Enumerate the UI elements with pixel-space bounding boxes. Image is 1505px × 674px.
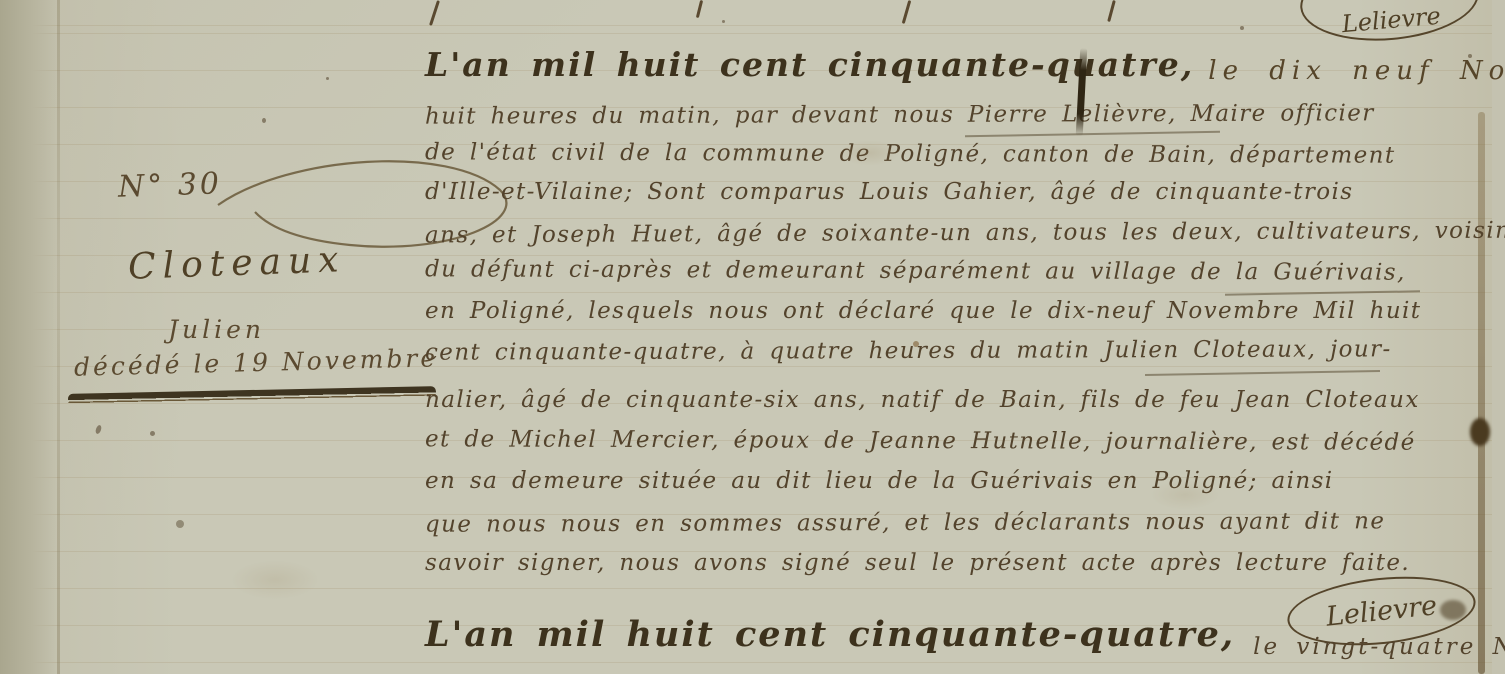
- ink-blotch: [1470, 418, 1490, 446]
- act-line: en Poligné, lesquels nous ont déclaré qu…: [425, 296, 1421, 326]
- paper-speck: [722, 20, 725, 23]
- act-line: d'Ille-et-Vilaine; Sont comparus Louis G…: [425, 177, 1353, 207]
- next-act-opening-phrase: L'an mil huit cent cinquante-quatre,: [425, 614, 1235, 655]
- paper-speck: [563, 640, 566, 643]
- act-line: cent cinquante-quatre, à quatre heures d…: [425, 334, 1392, 367]
- act-line: nalier, âgé de cinquante-six ans, natif …: [425, 385, 1420, 415]
- paper-speck: [1468, 54, 1472, 58]
- right-edge-tear-line: [1478, 112, 1485, 674]
- signature-text: Lelievre: [1341, 2, 1442, 39]
- act-line: ans, et Joseph Huet, âgé de soixante-un …: [425, 216, 1505, 251]
- act-line: et de Michel Mercier, époux de Jeanne Hu…: [425, 424, 1416, 457]
- act-line: du défunt ci-après et demeurant séparéme…: [425, 254, 1406, 287]
- name-underline-flourish: [1145, 370, 1380, 376]
- descender-stroke-fragment: [902, 0, 911, 24]
- margin-death-note: décédé le 19 Novembre: [74, 343, 439, 382]
- paper-speck: [95, 424, 103, 434]
- paper-stain: [1150, 480, 1220, 510]
- deceased-surname: Cloteaux: [127, 239, 346, 288]
- act-opening-date: le dix neuf Novembre à: [1208, 56, 1505, 86]
- act-line: savoir signer, nous avons signé seul le …: [425, 548, 1410, 578]
- place-underline-flourish: [1225, 290, 1420, 295]
- descender-stroke-fragment: [1107, 0, 1116, 22]
- paper-stain: [840, 140, 900, 166]
- paper-speck: [1240, 26, 1244, 30]
- act-line: de l'état civil de la commune de Poligné…: [425, 137, 1396, 170]
- register-page-scan: Lelievre N° 30 Cloteaux Julien décédé le…: [0, 0, 1505, 674]
- margin-closing-rule: [68, 386, 436, 406]
- descender-stroke-fragment: [429, 0, 440, 26]
- descender-stroke-fragment: [696, 0, 703, 18]
- act-line: que nous nous en sommes assuré, et les d…: [425, 506, 1385, 539]
- right-page-edge: [1492, 0, 1505, 674]
- act-line: huit heures du matin, par devant nous Pi…: [425, 98, 1375, 131]
- deceased-given-name: Julien: [168, 315, 265, 344]
- paper-speck: [150, 431, 155, 436]
- paper-stain: [230, 560, 320, 600]
- next-act-opening-line: L'an mil huit cent cinquante-quatre,le v…: [425, 620, 1505, 654]
- left-fold-line: [57, 0, 60, 674]
- paper-speck: [326, 77, 329, 80]
- act-line-opening: L'an mil huit cent cinquante-quatre,le d…: [425, 50, 1505, 84]
- paper-speck: [176, 520, 184, 528]
- name-underline-flourish: [965, 131, 1220, 137]
- paper-speck: [262, 118, 266, 123]
- left-binding-edge: [0, 0, 58, 674]
- ink-spot: [913, 341, 919, 347]
- previous-act-signature: Lelievre: [1297, 0, 1482, 48]
- next-act-opening-date: le vingt-quatre Novembre: [1253, 634, 1505, 660]
